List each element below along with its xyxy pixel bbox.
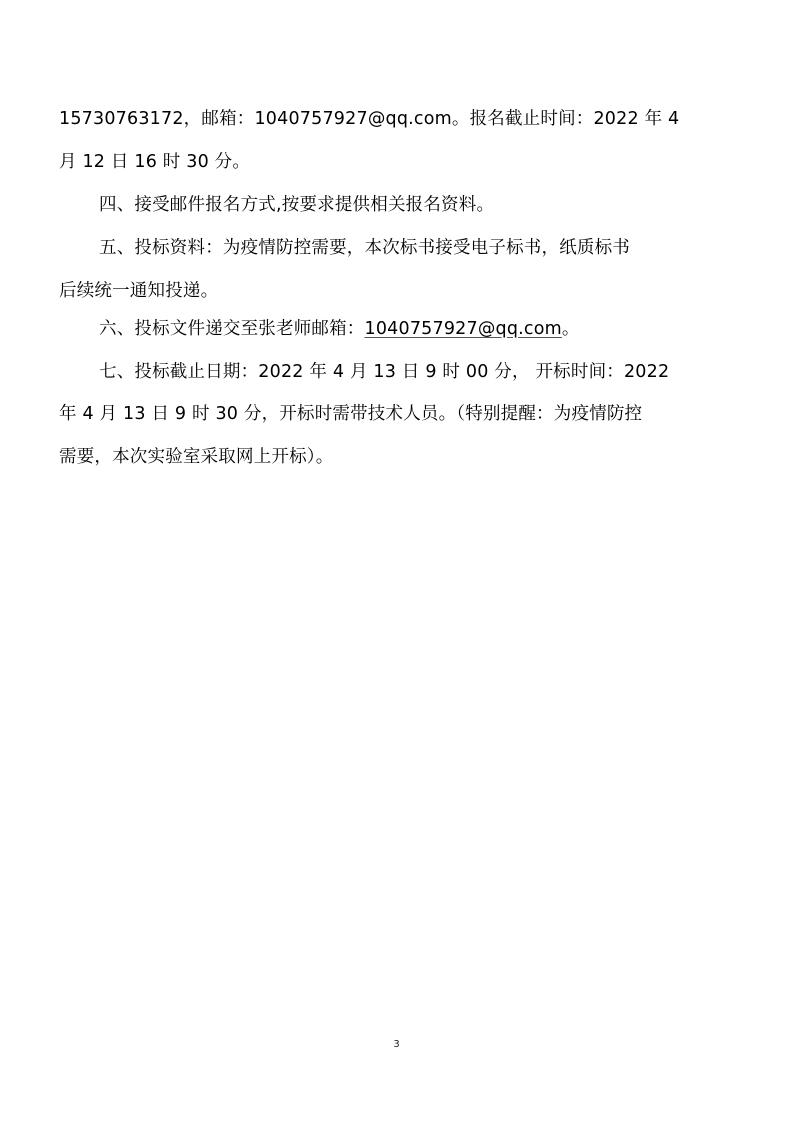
section-7-continuation-2: 需要，本次实验室采取网上开标）。 — [59, 445, 333, 469]
section-7-continuation-1: 年 4 月 13 日 9 时 30 分，开标时需带技术人员。（特别提醒：为疫情防… — [59, 402, 642, 426]
section-4-registration: 四、接受邮件报名方式,按要求提供相关报名资料。 — [99, 193, 494, 217]
section-5-continuation: 后续统一通知投递。 — [59, 279, 218, 303]
section-7-deadline: 七、投标截止日期：2022 年 4 月 13 日 9 时 00 分， 开标时间：… — [99, 360, 669, 384]
page-number: 3 — [0, 1039, 793, 1050]
email-link[interactable]: 1040757927@qq.com — [365, 319, 562, 339]
section-5-bid-materials: 五、投标资料：为疫情防控需要，本次标书接受电子标书，纸质标书 — [99, 236, 630, 260]
section-6-submission: 六、投标文件递交至张老师邮箱：1040757927@qq.com。 — [99, 317, 580, 341]
section-6-period: 。 — [562, 319, 580, 339]
document-page: 15730763172，邮箱：1040757927@qq.com。报名截止时间：… — [0, 0, 793, 1122]
paragraph-line-deadline: 月 12 日 16 时 30 分。 — [59, 150, 250, 174]
section-6-text: 六、投标文件递交至张老师邮箱： — [99, 319, 365, 339]
paragraph-line-contact: 15730763172，邮箱：1040757927@qq.com。报名截止时间：… — [59, 107, 679, 131]
